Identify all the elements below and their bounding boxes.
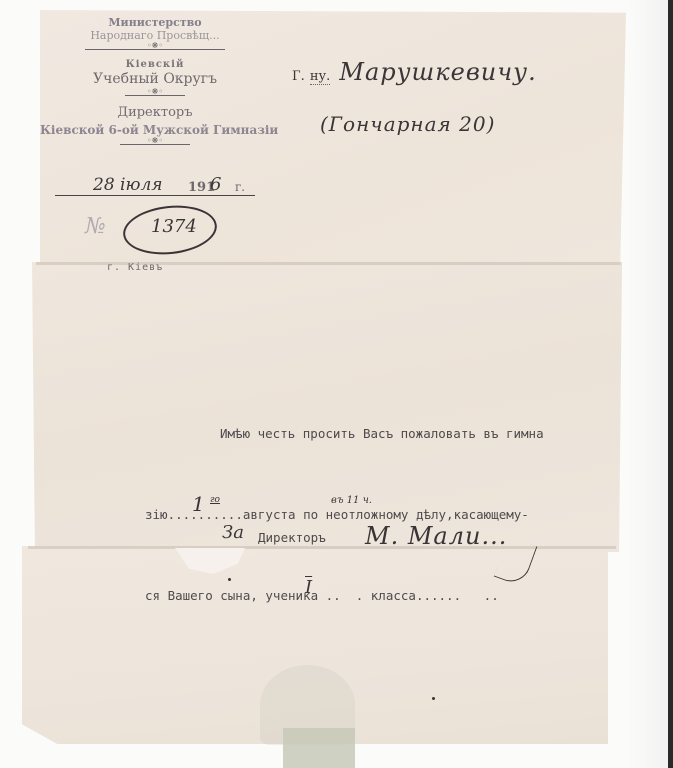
addressee-prefix: Г. bbox=[292, 69, 305, 84]
handwritten-class: I bbox=[305, 574, 312, 601]
body-line-3: ся Вашего сына, ученика .. . класса.....… bbox=[145, 582, 625, 609]
institution-text: Кіевской 6-ой Мужской Гимназіи bbox=[40, 123, 270, 137]
body-line-2-start: зію bbox=[145, 507, 168, 522]
handwritten-signature: М. Мали... bbox=[365, 522, 507, 550]
handwritten-day-suffix: го bbox=[210, 487, 220, 514]
addressee-name: Марушкевичу. bbox=[339, 58, 536, 86]
addressee: Г. ну. Марушкевичу. bbox=[292, 58, 537, 86]
city-text: г. Кіевъ bbox=[107, 262, 163, 273]
handwritten-time: въ 11 ч. bbox=[331, 487, 372, 514]
handwritten-day: 1 bbox=[192, 491, 205, 518]
ornament-divider-icon bbox=[125, 91, 185, 99]
letterhead-stamp: Министерство Народнаго Просвѣщ... Кіевск… bbox=[40, 14, 270, 148]
scanner-background bbox=[628, 0, 668, 768]
number-value: 1374 bbox=[151, 216, 197, 237]
letter-body: Имѣю честь просить Васъ пожаловать въ ги… bbox=[145, 366, 625, 636]
body-line-2-rest: августа по неотложному дѣлу,касающему- bbox=[243, 507, 529, 522]
ornament-divider-icon bbox=[120, 140, 190, 148]
date-field: 28 іюля 191 6 г. bbox=[55, 173, 255, 196]
number-sign-icon: № bbox=[85, 214, 106, 239]
ministry-text: Министерство bbox=[40, 16, 270, 29]
addressee-honorific: ну. bbox=[310, 69, 330, 85]
postage-stamp bbox=[283, 728, 355, 768]
scanner-edge bbox=[668, 0, 673, 768]
body-line-1: Имѣю честь просить Васъ пожаловать въ ги… bbox=[145, 420, 625, 447]
paper-speck bbox=[432, 697, 435, 700]
paper-speck bbox=[228, 578, 231, 581]
ornament-divider-icon bbox=[85, 45, 225, 53]
district-prefix-text: Кіевскій bbox=[40, 59, 270, 71]
body-line-3-rest: . класса...... .. bbox=[356, 588, 499, 603]
date-day-month: 28 іюля bbox=[93, 175, 163, 195]
addressee-address: (Гончарная 20) bbox=[320, 112, 495, 136]
signature-title: Директоръ bbox=[258, 530, 326, 545]
date-year-handwritten: 6 bbox=[210, 174, 221, 195]
director-title-text: Директоръ bbox=[40, 105, 270, 121]
district-text: Учебный Округъ bbox=[40, 71, 270, 88]
date-suffix: г. bbox=[235, 180, 245, 194]
signature-za: За bbox=[222, 522, 244, 543]
reference-number: № 1374 bbox=[85, 206, 225, 256]
